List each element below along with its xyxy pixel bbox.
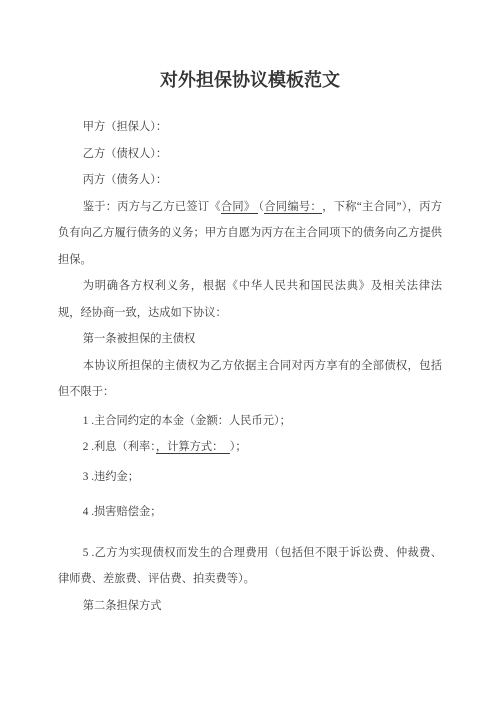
interest-calc-blank: ，计算方式：: [156, 441, 230, 454]
list-item-penalty: 3 .违约金；: [58, 464, 442, 491]
document-page: 对外担保协议模板范文 甲方（担保人）： 乙方（债权人）： 丙方（债务人）： 鉴于…: [0, 0, 500, 707]
document-body: 甲方（担保人）： 乙方（债权人）： 丙方（债务人）： 鉴于：丙方与乙方已签订《合…: [0, 114, 500, 619]
section2-heading: 第二条担保方式: [58, 593, 442, 620]
whereas-text-pre: 鉴于：丙方与乙方已签订《: [83, 201, 221, 213]
list-item-damages: 4 .损害赔偿金；: [58, 499, 442, 526]
interest-text-pre: 2 .利息（利率：: [83, 441, 156, 453]
party-line-guarantor: 甲方（担保人）：: [58, 114, 442, 141]
interest-text-post: ）；: [230, 441, 247, 453]
party-line-debtor: 丙方（债务人）：: [58, 167, 442, 194]
list-item-interest: 2 .利息（利率：，计算方式：）；: [58, 434, 442, 461]
purpose-paragraph: 为明确各方权利义务，根据《中华人民共和国民法典》及相关法律法规，经协商一致，达成…: [58, 273, 442, 326]
list-item-expenses: 5 .乙方为实现债权而发生的合理费用（包括但不限于诉讼费、仲裁费、律师费、差旅费…: [58, 540, 442, 593]
contract-number-blank: 合同编号：: [264, 201, 322, 214]
section1-intro: 本协议所担保的主债权为乙方依据主合同对丙方享有的全部债权，包括但不限于：: [58, 353, 442, 406]
contract-name-blank: 合同》: [221, 201, 259, 214]
document-title: 对外担保协议模板范文: [0, 0, 500, 93]
section1-heading: 第一条被担保的主债权: [58, 326, 442, 353]
list-item-principal: 1 .主合同约定的本金（金额：人民币元）；: [58, 408, 442, 435]
whereas-paragraph: 鉴于：丙方与乙方已签订《合同》（合同编号：，下称“主合同”），丙方负有向乙方履行…: [58, 194, 442, 274]
party-line-creditor: 乙方（债权人）：: [58, 141, 442, 168]
